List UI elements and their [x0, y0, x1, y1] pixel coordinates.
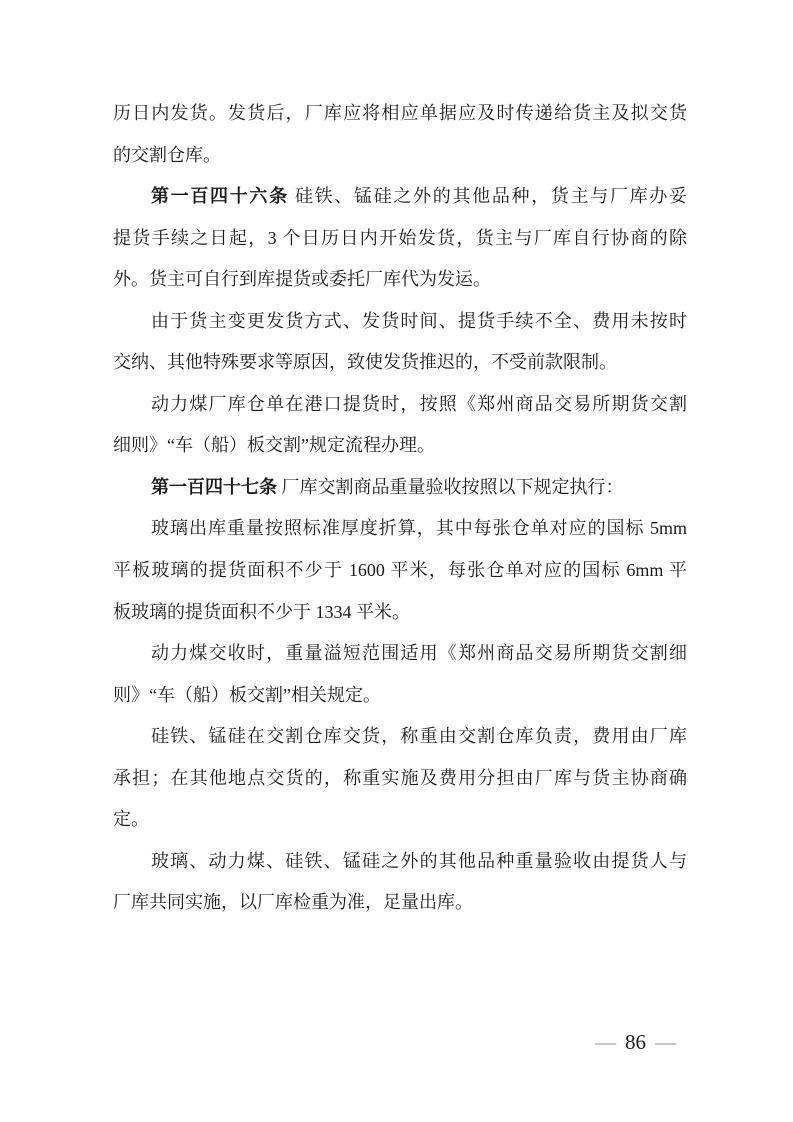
text-run: 动力煤交收时，重量溢短范围适用《郑州商品交易所期货交割细	[151, 643, 687, 663]
text-line: 的交割仓库。	[113, 135, 687, 177]
paragraph: 历日内发货。发货后，厂库应将相应单据应及时传递给货主及拟交货的交割仓库。	[113, 93, 687, 176]
text-run: 动力煤厂库仓单在港口提货时，按照《郑州商品交易所期货交割	[151, 394, 687, 414]
text-run: 平板玻璃的提货面积不少于 1600 平米，每张仓单对应的国标 6mm 平	[113, 560, 687, 580]
text-line: 由于货主变更发货方式、发货时间、提货手续不全、费用未按时	[113, 301, 687, 343]
paragraph: 硅铁、锰硅在交割仓库交货，称重由交割仓库负责，费用由厂库承担；在其他地点交货的，…	[113, 716, 687, 841]
document-page: 历日内发货。发货后，厂库应将相应单据应及时传递给货主及拟交货的交割仓库。第一百四…	[0, 0, 793, 1122]
text-run: 交纳、其他特殊要求等原因，致使发货推迟的，不受前款限制。	[113, 352, 617, 372]
paragraph: 动力煤厂库仓单在港口提货时，按照《郑州商品交易所期货交割细则》“车（船）板交割”…	[113, 384, 687, 467]
page-number-dash-left: —	[595, 1029, 616, 1055]
text-line: 则》“车（船）板交割”相关规定。	[113, 675, 687, 717]
text-run: 硅铁、锰硅在交割仓库交货，称重由交割仓库负责，费用由厂库	[151, 726, 687, 746]
text-run: 厂库交割商品重量验收按照以下规定执行：	[277, 477, 624, 497]
text-run: 由于货主变更发货方式、发货时间、提货手续不全、费用未按时	[151, 311, 687, 331]
text-run: 板玻璃的提货面积不少于 1334 平米。	[113, 602, 410, 622]
text-block: 历日内发货。发货后，厂库应将相应单据应及时传递给货主及拟交货的交割仓库。第一百四…	[113, 93, 687, 924]
page-number: — 86 —	[595, 1029, 676, 1055]
text-run: 承担；在其他地点交货的，称重实施及费用分担由厂库与货主协商确	[113, 768, 687, 788]
text-run: 外。货主可自行到库提货或委托厂库代为发运。	[113, 269, 491, 289]
article-number: 第一百四十六条	[151, 186, 289, 206]
paragraph: 动力煤交收时，重量溢短范围适用《郑州商品交易所期货交割细则》“车（船）板交割”相…	[113, 633, 687, 716]
text-line: 板玻璃的提货面积不少于 1334 平米。	[113, 592, 687, 634]
text-run: 厂库共同实施，以厂库检重为准，足量出库。	[113, 892, 473, 912]
text-line: 承担；在其他地点交货的，称重实施及费用分担由厂库与货主协商确	[113, 758, 687, 800]
text-run: 定。	[113, 809, 149, 829]
paragraph: 第一百四十七条 厂库交割商品重量验收按照以下规定执行：	[113, 467, 687, 509]
text-line: 动力煤厂库仓单在港口提货时，按照《郑州商品交易所期货交割	[113, 384, 687, 426]
text-line: 外。货主可自行到库提货或委托厂库代为发运。	[113, 259, 687, 301]
paragraph: 玻璃出库重量按照标准厚度折算，其中每张仓单对应的国标 5mm平板玻璃的提货面积不…	[113, 508, 687, 633]
text-line: 细则》“车（船）板交割”规定流程办理。	[113, 425, 687, 467]
text-line: 第一百四十七条 厂库交割商品重量验收按照以下规定执行：	[113, 467, 687, 509]
text-line: 动力煤交收时，重量溢短范围适用《郑州商品交易所期货交割细	[113, 633, 687, 675]
text-line: 玻璃出库重量按照标准厚度折算，其中每张仓单对应的国标 5mm	[113, 508, 687, 550]
text-line: 定。	[113, 799, 687, 841]
paragraph: 第一百四十六条 硅铁、锰硅之外的其他品种，货主与厂库办妥提货手续之日起，3 个日…	[113, 176, 687, 301]
paragraph: 由于货主变更发货方式、发货时间、提货手续不全、费用未按时交纳、其他特殊要求等原因…	[113, 301, 687, 384]
text-run: 细则》“车（船）板交割”规定流程办理。	[113, 435, 435, 455]
text-line: 第一百四十六条 硅铁、锰硅之外的其他品种，货主与厂库办妥	[113, 176, 687, 218]
text-run: 硅铁、锰硅之外的其他品种，货主与厂库办妥	[289, 186, 687, 206]
text-run: 玻璃、动力煤、硅铁、锰硅之外的其他品种重量验收由提货人与	[151, 851, 687, 871]
text-run: 历日内发货。发货后，厂库应将相应单据应及时传递给货主及拟交货	[113, 103, 687, 123]
text-line: 厂库共同实施，以厂库检重为准，足量出库。	[113, 882, 687, 924]
article-number: 第一百四十七条	[151, 477, 277, 497]
text-run: 则》“车（船）板交割”相关规定。	[113, 685, 381, 705]
text-run: 提货手续之日起，3 个日历日内开始发货，货主与厂库自行协商的除	[113, 228, 687, 248]
text-run: 玻璃出库重量按照标准厚度折算，其中每张仓单对应的国标 5mm	[151, 518, 687, 538]
text-line: 交纳、其他特殊要求等原因，致使发货推迟的，不受前款限制。	[113, 342, 687, 384]
text-line: 历日内发货。发货后，厂库应将相应单据应及时传递给货主及拟交货	[113, 93, 687, 135]
paragraph: 玻璃、动力煤、硅铁、锰硅之外的其他品种重量验收由提货人与厂库共同实施，以厂库检重…	[113, 841, 687, 924]
text-run: 的交割仓库。	[113, 145, 221, 165]
page-number-value: 86	[625, 1029, 646, 1055]
text-line: 玻璃、动力煤、硅铁、锰硅之外的其他品种重量验收由提货人与	[113, 841, 687, 883]
text-line: 平板玻璃的提货面积不少于 1600 平米，每张仓单对应的国标 6mm 平	[113, 550, 687, 592]
text-line: 硅铁、锰硅在交割仓库交货，称重由交割仓库负责，费用由厂库	[113, 716, 687, 758]
text-line: 提货手续之日起，3 个日历日内开始发货，货主与厂库自行协商的除	[113, 218, 687, 260]
page-number-dash-right: —	[655, 1029, 676, 1055]
